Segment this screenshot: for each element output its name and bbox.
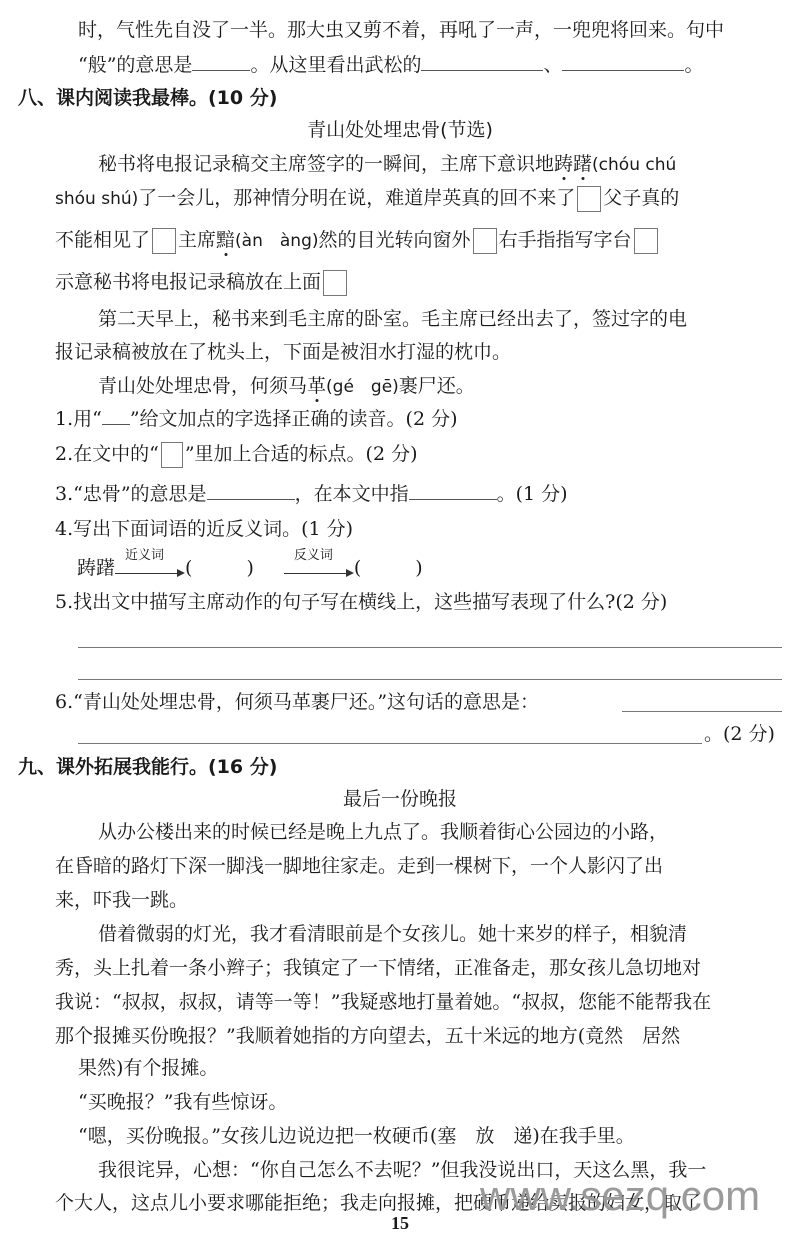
text: 主席 [178,229,216,251]
pinyin-options[interactable]: (chóu chú [592,155,676,175]
passage-title-8: 青山处处埋忠骨(节选) [0,118,800,142]
text: 了一会儿，那神情分明在说，难道岸英真的回不来了 [138,187,575,209]
punctuation-box-5[interactable] [323,270,347,296]
passage9-line-4: 借着微弱的灯光，我才看清眼前是个女孩儿。她十来岁的样子，相貌清 [98,922,687,946]
passage8-p3-line: 青山处处埋忠骨，何须马革(gé gē)裹尸还。 [98,374,475,399]
dotted-char: 革 [307,375,326,397]
text: 示意秘书将电报记录稿放在上面 [55,271,321,293]
arrow-right-icon [177,569,185,577]
text: ( [354,557,361,579]
punctuation-box-3[interactable] [473,228,497,254]
text: 不能相见了 [55,229,150,251]
antonym-label: 反义词 [294,544,333,568]
dotted-char: 躇 [573,153,592,175]
question-6: 6.“青山处处埋忠骨，何须马革裹尸还。”这句话的意思是： [55,690,539,714]
text: “般”的意思是 [78,54,192,76]
passage-title-9: 最后一份晚报 [0,787,800,811]
answer-blank-q3-meaning[interactable] [207,481,295,500]
text: 。(1 分) [497,483,568,505]
passage9-line-1: 从办公楼出来的时候已经是晚上九点了。我顺着街心公园边的小路， [98,820,668,844]
text: 、 [543,54,562,76]
passage9-line-2: 在昏暗的路灯下深一脚浅一脚地往家走。走到一棵树下，一个人影闪了出 [55,854,663,878]
passage8-p2-line-2: 报记录稿被放在了枕头上，下面是被泪水打湿的枕巾。 [55,340,511,364]
passage8-line-4: 示意秘书将电报记录稿放在上面 [55,270,349,296]
passage9-line-6: 我说：“叔叔，叔叔，请等一等！”我疑惑地打量着她。“叔叔，您能不能帮我在 [55,990,711,1014]
section-8-heading: 八、课内阅读我最棒。(10 分) [18,86,277,110]
pinyin-options[interactable]: (àn àng) [235,231,318,251]
underline-sample [102,406,130,425]
antonym-arrow: 反义词 [284,558,354,580]
question-4-answer-row: 踌躇近义词()反义词() [77,556,423,580]
text: 然的目光转向窗外 [319,229,471,251]
text: 右手指指写字台 [499,229,632,251]
question-1: 1.用“”给文加点的字选择正确的读音。(2 分) [55,406,458,431]
text: 。 [684,54,703,76]
punctuation-box-2[interactable] [152,228,176,254]
dotted-char: 黯 [216,229,235,251]
text: ，在本文中指 [295,483,409,505]
page-number: 15 [0,1213,800,1234]
passage8-line-3: 不能相见了主席黯(àn àng)然的目光转向窗外右手指指写字台 [55,228,660,254]
text: 1.用“ [55,408,102,430]
question-2: 2.在文中的“”里加上合适的标点。(2 分) [55,442,418,468]
passage9-line-3: 来，吓我一跳。 [55,888,188,912]
text: 裹尸还。 [399,375,475,397]
text: 3.“忠骨”的意思是 [55,483,207,505]
punctuation-box-4[interactable] [634,228,658,254]
prev-question-line-2: “般”的意思是。从这里看出武松的、。 [78,52,703,77]
prev-question-line-1: 时，气性先自没了一半。那大虫又剪不着，再吼了一声，一兜兜将回来。句中 [78,18,724,42]
passage9-line-9: “买晚报？”我有些惊讶。 [78,1090,287,1114]
passage8-p2-line-1: 第二天早上，秘书来到毛主席的卧室。毛主席已经出去了，签过字的电 [98,307,687,331]
pinyin-options[interactable]: (gé gē) [326,377,399,397]
passage9-line-8: 果然)有个报摊。 [78,1056,218,1080]
answer-blank-wusong-1[interactable] [421,52,543,71]
pinyin-options[interactable]: shóu shú) [55,189,138,209]
arrow-shaft [115,573,179,574]
question-5: 5.找出文中描写主席动作的句子写在横线上，这些描写表现了什么?(2 分) [55,590,667,614]
box-sample [161,442,183,468]
answer-line-q6-2[interactable] [78,743,702,744]
text: 青山处处埋忠骨，何须马 [98,375,307,397]
text: ”里加上合适的标点。(2 分) [185,443,418,465]
arrow-shaft [284,573,348,574]
question-3: 3.“忠骨”的意思是，在本文中指。(1 分) [55,481,568,506]
synonym-arrow: 近义词 [115,558,185,580]
text: 秘书将电报记录稿交主席签字的一瞬间，主席下意识地 [98,153,554,175]
passage8-line-2: shóu shú)了一会儿，那神情分明在说，难道岸英真的回不来了父子真的 [55,186,679,212]
arrow-right-icon [346,569,354,577]
question-6-score: 。(2 分) [704,722,775,746]
answer-blank-q3-refers[interactable] [409,481,497,500]
text: ”给文加点的字选择正确的读音。(2 分) [130,408,458,430]
passage9-line-5: 秀，头上扎着一条小辫子；我镇定了一下情绪，正准备走，那女孩儿急切地对 [55,956,701,980]
section-9-heading: 九、课外拓展我能行。(16 分) [18,755,277,779]
answer-line-q5-1[interactable] [78,647,782,648]
passage9-line-10: “嗯，买份晚报。”女孩儿边说边把一枚硬币(塞 放 递)在我手里。 [78,1124,635,1148]
answer-line-q5-2[interactable] [78,679,782,680]
dotted-char: 踌 [554,153,573,175]
answer-line-q6-1[interactable] [622,711,782,712]
synonym-label: 近义词 [125,544,164,568]
punctuation-box-1[interactable] [577,186,601,212]
passage8-line-1: 秘书将电报记录稿交主席签字的一瞬间，主席下意识地踌躇(chóu chú [98,152,676,177]
passage9-line-7: 那个报摊买份晚报？”我顺着她指的方向望去，五十米远的地方(竟然 居然 [55,1024,680,1048]
question-4: 4.写出下面词语的近反义词。(1 分) [55,517,353,541]
answer-blank-wusong-2[interactable] [562,52,684,71]
text: 。从这里看出武松的 [250,54,421,76]
text: ) [415,557,422,579]
text: 2.在文中的“ [55,443,159,465]
worksheet-page: 时，气性先自没了一半。那大虫又剪不着，再吼了一声，一兜兜将回来。句中 “般”的意… [0,0,800,1254]
answer-blank-ban-meaning[interactable] [192,52,250,71]
text: 踌躇 [77,557,115,579]
text: ) [246,557,253,579]
text: 父子真的 [603,187,679,209]
text: ( [185,557,192,579]
